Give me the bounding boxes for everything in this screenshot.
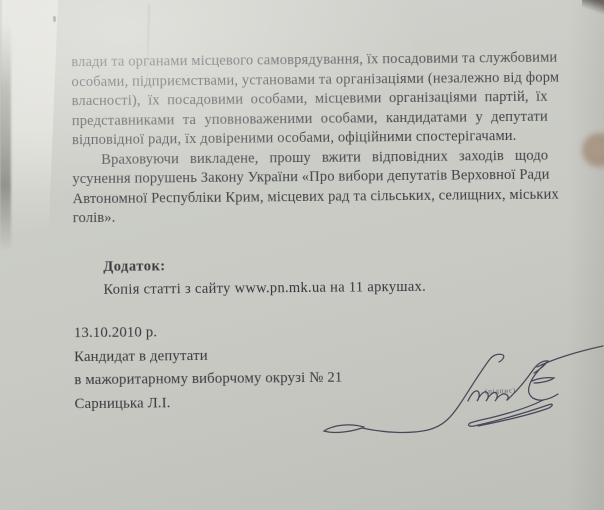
signature-flourish-stroke [507,346,603,400]
signature-letters-stroke [468,391,508,401]
signature-underline-stroke [469,400,553,426]
document-photo: влади та органами місцевого самоврядуван… [0,0,604,510]
signature [0,0,604,510]
